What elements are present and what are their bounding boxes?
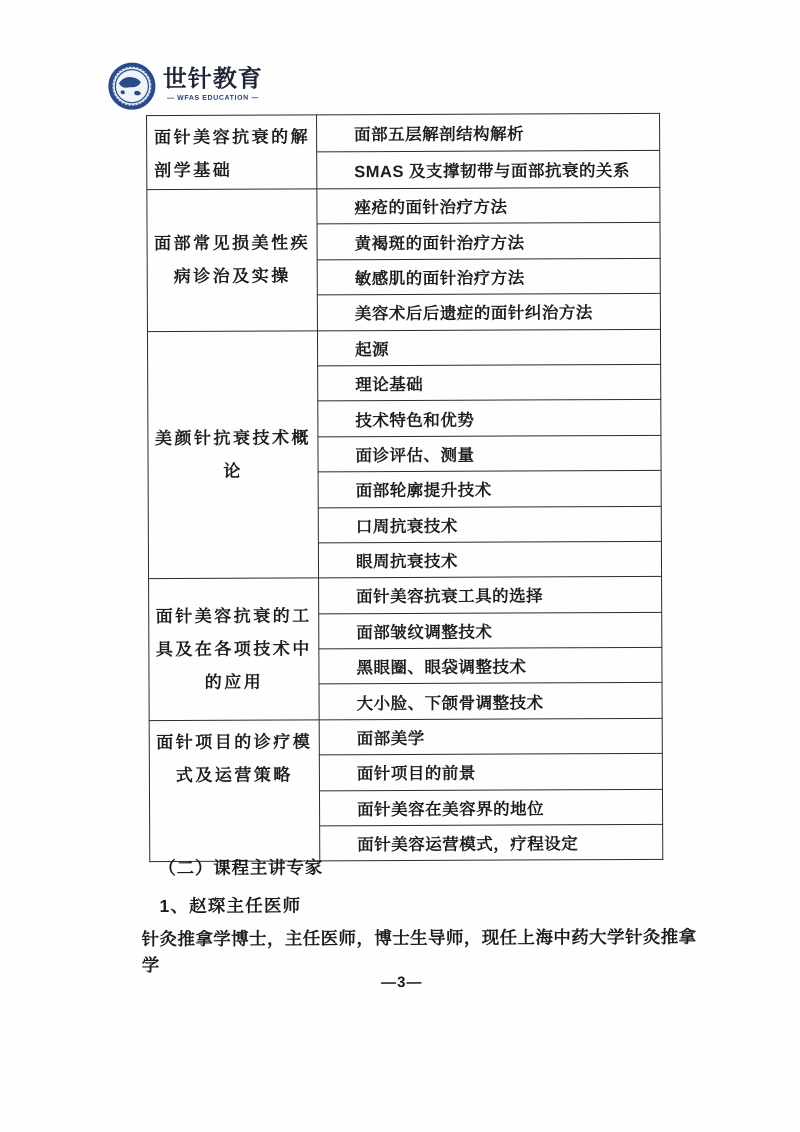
page-number: —3— (2, 972, 800, 992)
category-cell: 面针美容抗衰的工具及在各项技术中的应用 (149, 578, 320, 720)
course-item-cell: 理论基础 (318, 364, 661, 401)
course-item-cell: 口周抗衰技术 (318, 506, 661, 543)
course-item-cell: 面部皱纹调整技术 (319, 612, 662, 649)
category-cell: 面针项目的诊疗模式及运营策略 (149, 720, 320, 862)
logo-title: 世针教育 (163, 67, 263, 94)
course-item-cell: 面针美容抗衰工具的选择 (319, 577, 662, 614)
course-item-cell: SMAS 及支撑韧带与面部抗衰的关系 (317, 150, 660, 188)
course-item-cell: 美容术后后遗症的面针纠治方法 (317, 294, 660, 331)
course-item-cell: 眼周抗衰技术 (318, 541, 661, 578)
course-item-cell: 技术特色和优势 (318, 400, 661, 437)
course-item-cell: 痤疮的面针治疗方法 (317, 187, 660, 224)
course-item-cell: 敏感肌的面针治疗方法 (317, 258, 660, 295)
category-cell: 面部常见损美性疾病诊治及实操 (147, 189, 318, 331)
course-item-cell: 面部五层解剖结构解析 (317, 113, 660, 151)
category-cell: 美颜针抗衰技术概论 (147, 330, 318, 578)
globe-icon (108, 62, 156, 110)
course-table-body: 面针美容抗衰的解剖学基础面部五层解剖结构解析SMAS 及支撑韧带与面部抗衰的关系… (147, 113, 663, 862)
course-item-cell: 黑眼圈、眼袋调整技术 (319, 647, 662, 684)
course-item-cell: 黄褐斑的面针治疗方法 (317, 223, 660, 260)
category-cell: 面针美容抗衰的解剖学基础 (147, 115, 317, 190)
expert-bio-paragraph: 针灸推拿学博士，主任医师，博士生导师，现任上海中药大学针灸推拿学 (142, 924, 707, 979)
expert-name-heading: 1、赵琛主任医师 (159, 892, 301, 918)
course-table: 面针美容抗衰的解剖学基础面部五层解剖结构解析SMAS 及支撑韧带与面部抗衰的关系… (146, 113, 663, 863)
course-item-cell: 起源 (317, 329, 660, 366)
course-item-cell: 面针美容在美容界的地位 (319, 789, 662, 826)
course-item-cell: 面部美学 (319, 718, 662, 755)
course-row: 面部常见损美性疾病诊治及实操痤疮的面针治疗方法 (147, 187, 660, 225)
logo-subtitle: — WFAS EDUCATION — (167, 95, 259, 102)
course-item-cell: 面部轮廓提升技术 (318, 470, 661, 507)
course-row: 面针美容抗衰的解剖学基础面部五层解剖结构解析 (147, 113, 660, 152)
section-heading: （二）课程主讲专家 (158, 854, 323, 880)
course-row: 面针项目的诊疗模式及运营策略面部美学 (149, 718, 662, 756)
course-row: 美颜针抗衰技术概论起源 (147, 329, 660, 367)
course-item-cell: 大小脸、下颌骨调整技术 (319, 683, 662, 720)
logo: 世针教育 — WFAS EDUCATION — (108, 62, 263, 111)
logo-text: 世针教育 — WFAS EDUCATION — (163, 62, 263, 103)
course-item-cell: 面诊评估、测量 (318, 435, 661, 472)
course-item-cell: 面针项目的前景 (319, 754, 662, 791)
course-row: 面针美容抗衰的工具及在各项技术中的应用面针美容抗衰工具的选择 (149, 577, 662, 615)
document-page: 世针教育 — WFAS EDUCATION — 面针美容抗衰的解剖学基础面部五层… (0, 0, 800, 1132)
course-item-cell: 面针美容运营模式，疗程设定 (320, 824, 663, 861)
